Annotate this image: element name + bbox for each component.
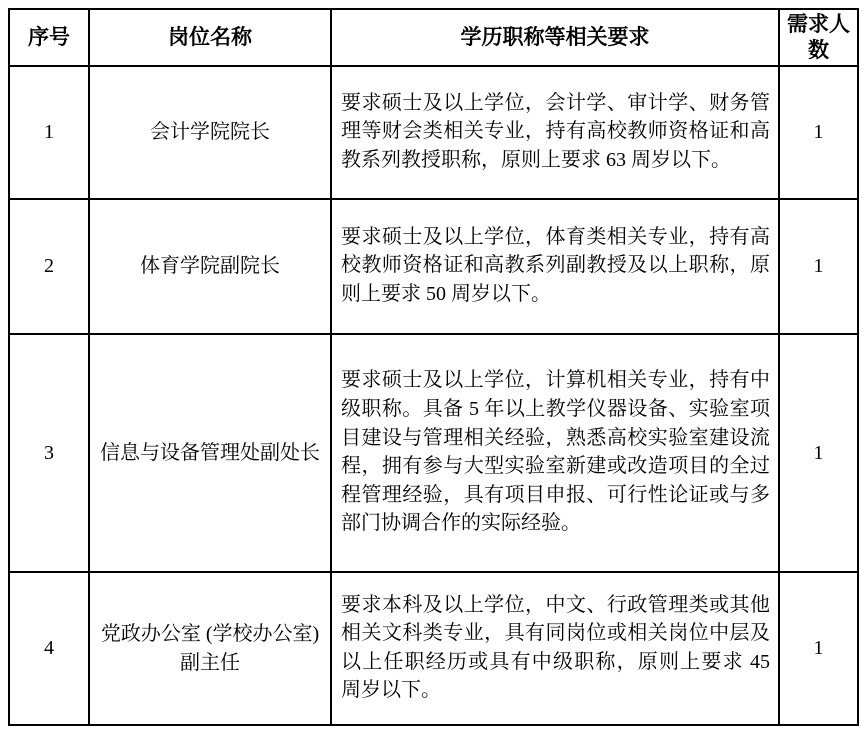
col-header-requirements: 学历职称等相关要求 [331,9,779,66]
seq-cell: 2 [9,199,89,334]
position-cell: 体育学院副院长 [89,199,331,334]
headcount-cell: 1 [779,334,858,572]
col-header-position: 岗位名称 [89,9,331,66]
recruitment-positions-table: 序号 岗位名称 学历职称等相关要求 需求人数 1 会计学院院长 要求硕士及以上学… [8,8,859,726]
position-cell: 会计学院院长 [89,66,331,199]
requirements-cell: 要求本科及以上学位，中文、行政管理类或其他相关文科类专业，具有同岗位或相关岗位中… [331,572,779,725]
position-cell: 党政办公室 (学校办公室) 副主任 [89,572,331,725]
table-row: 2 体育学院副院长 要求硕士及以上学位，体育类相关专业，持有高校教师资格证和高教… [9,199,858,334]
position-cell: 信息与设备管理处副处长 [89,334,331,572]
headcount-cell: 1 [779,66,858,199]
document-page: 序号 岗位名称 学历职称等相关要求 需求人数 1 会计学院院长 要求硕士及以上学… [0,0,866,738]
table-row: 4 党政办公室 (学校办公室) 副主任 要求本科及以上学位，中文、行政管理类或其… [9,572,858,725]
requirements-cell: 要求硕士及以上学位，计算机相关专业，持有中级职称。具备 5 年以上教学仪器设备、… [331,334,779,572]
headcount-cell: 1 [779,572,858,725]
header-row: 序号 岗位名称 学历职称等相关要求 需求人数 [9,9,858,66]
table-row: 1 会计学院院长 要求硕士及以上学位，会计学、审计学、财务管理等财会类相关专业，… [9,66,858,199]
headcount-cell: 1 [779,199,858,334]
seq-cell: 3 [9,334,89,572]
table-row: 3 信息与设备管理处副处长 要求硕士及以上学位，计算机相关专业，持有中级职称。具… [9,334,858,572]
seq-cell: 1 [9,66,89,199]
col-header-seq: 序号 [9,9,89,66]
seq-cell: 4 [9,572,89,725]
requirements-cell: 要求硕士及以上学位，体育类相关专业，持有高校教师资格证和高教系列副教授及以上职称… [331,199,779,334]
requirements-cell: 要求硕士及以上学位，会计学、审计学、财务管理等财会类相关专业，持有高校教师资格证… [331,66,779,199]
col-header-headcount: 需求人数 [779,9,858,66]
